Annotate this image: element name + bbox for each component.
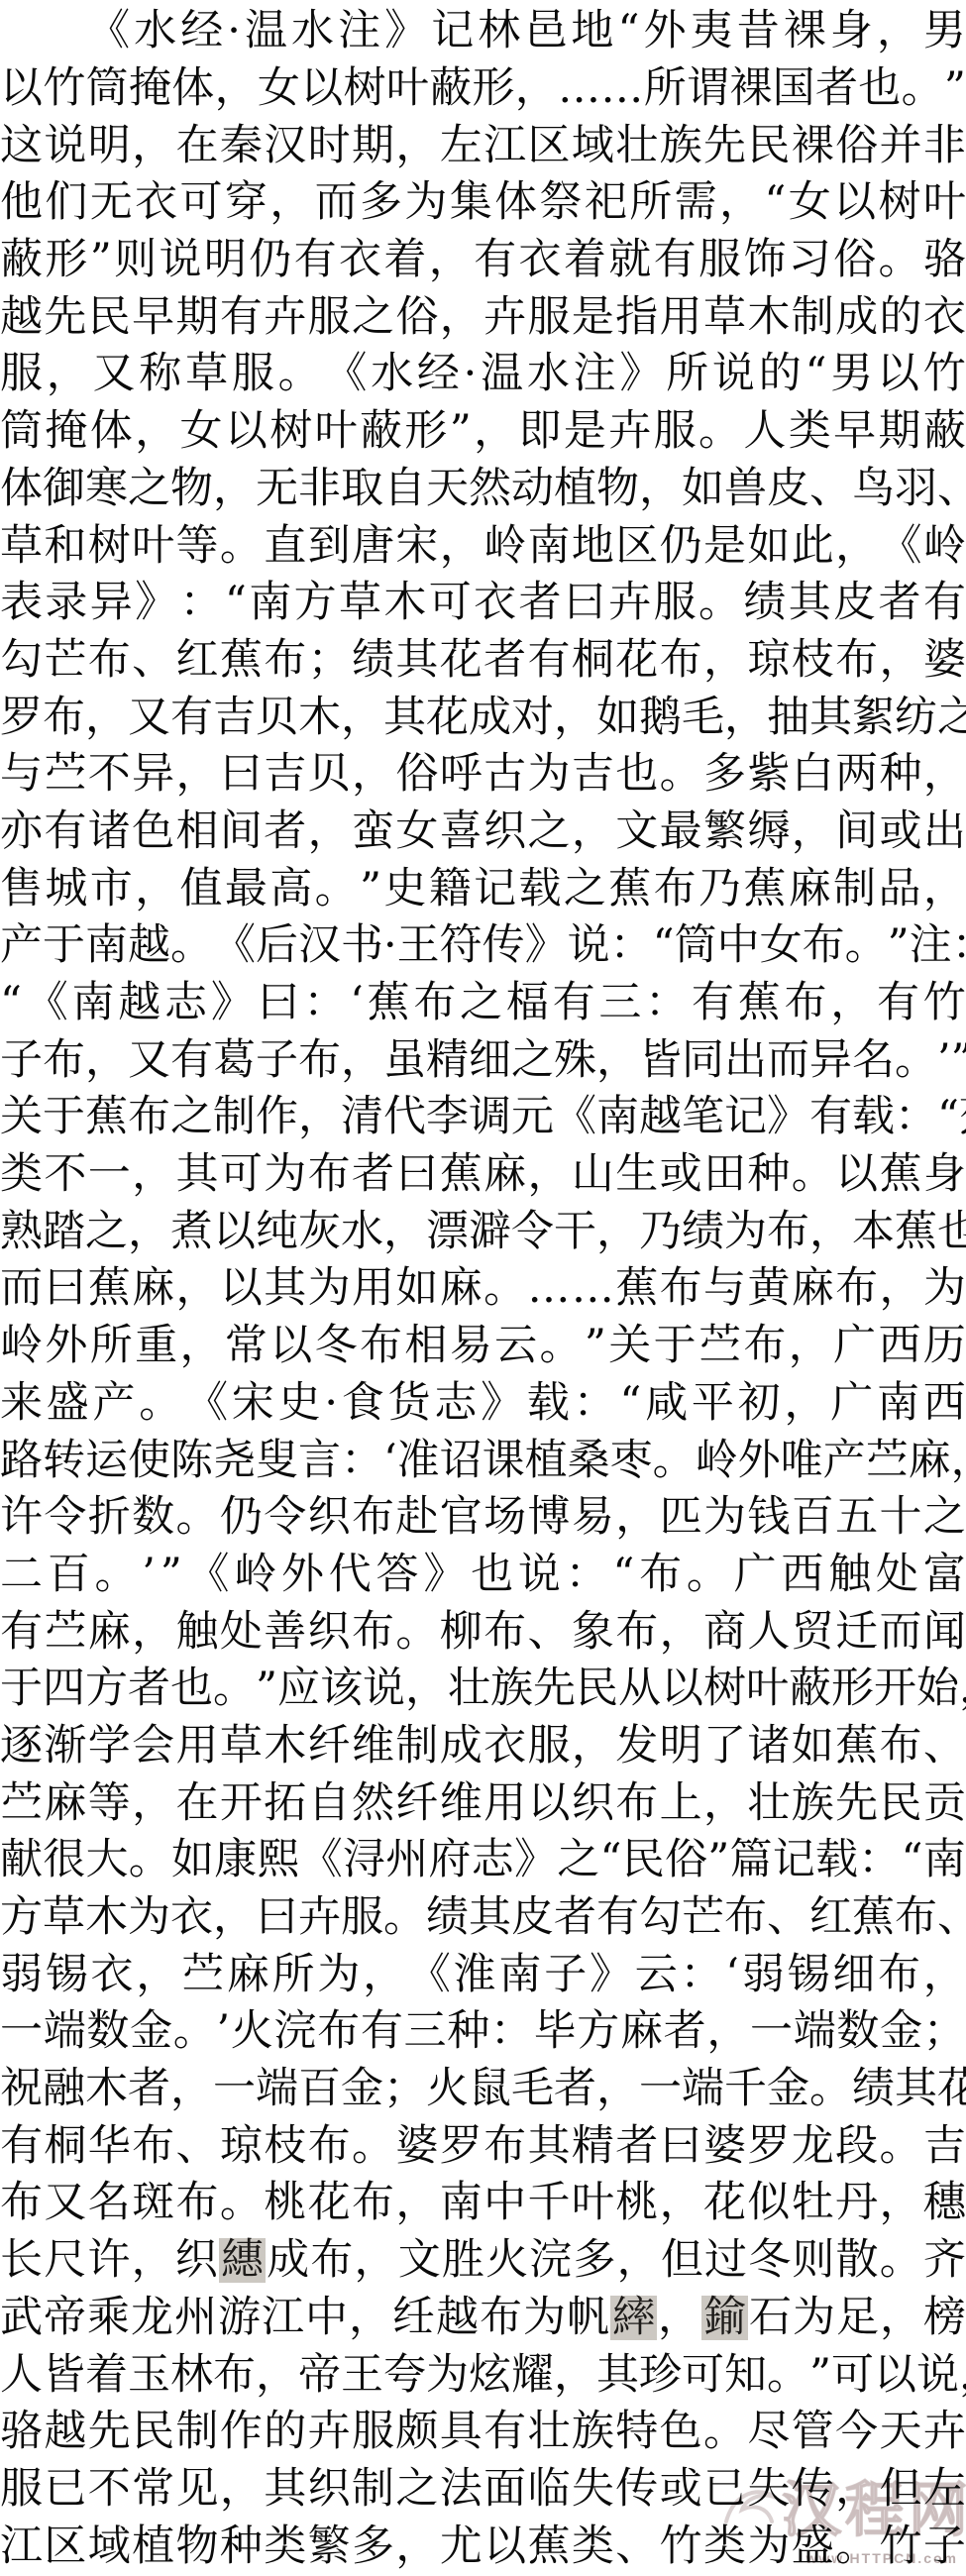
- text-line: 骆越先民制作的卉服颇具有壮族特色。尽管今天卉: [0, 2404, 966, 2461]
- rare-char-image: 繂: [610, 2296, 657, 2340]
- text-line: 武帝乘龙州游江中，纴越布为帆繂，鍮石为足，榜: [0, 2290, 966, 2347]
- text-line: 越先民早期有卉服之俗，卉服是指用草木制成的衣: [0, 288, 966, 346]
- text-line: 体御寒之物，无非取自天然动植物，如兽皮、鸟羽、: [0, 461, 966, 518]
- text-line: 长尺许，织繐成布，文胜火浣多，但过冬则散。齐: [0, 2232, 966, 2290]
- text-line: 与苎不异，曰吉贝，俗呼古为吉也。多紫白两种，: [0, 746, 966, 804]
- text-line: 二百。’”《岭外代答》也说：“布。广西触处富: [0, 1547, 966, 1604]
- text-line: 勾芒布、红蕉布；绩其花者有桐花布，琼枝布，婆: [0, 632, 966, 690]
- text-line: 方草木为衣，曰卉服。绩其皮者有勾芒布、红蕉布、: [0, 1889, 966, 1947]
- text-line: 他们无衣可穿，而多为集体祭祀所需，“女以树叶: [0, 174, 966, 232]
- text-line: 亦有诸色相间者，蛮女喜织之，文最繁缛，间或出: [0, 804, 966, 861]
- text-line: 筒掩体，女以树叶蔽形”，即是卉服。人类早期蔽: [0, 403, 966, 461]
- text-line: 罗布，又有吉贝木，其花成对，如鹅毛，抽其絮纺之，: [0, 689, 966, 746]
- text-line: 而曰蕉麻，以其为用如麻。……蕉布与黄麻布，为: [0, 1260, 966, 1318]
- article-text: 《水经·温水注》记林邑地“外夷昔裸身，男以竹筒掩体，女以树叶蔽形，……所谓裸国者…: [0, 0, 966, 2575]
- text-line: 以竹筒掩体，女以树叶蔽形，……所谓裸国者也。”: [0, 60, 966, 118]
- text-line: 于四方者也。”应该说，壮族先民从以树叶蔽形开始，: [0, 1661, 966, 1718]
- text-line: 服，又称草服。《水经·温水注》所说的“男以竹: [0, 346, 966, 403]
- text-line: 路转运使陈尧叟言：‘准诏课植桑枣。岭外唯产苎麻，: [0, 1432, 966, 1489]
- text-line: 布又名斑布。桃花布，南中千叶桃，花似牡丹，穗: [0, 2175, 966, 2232]
- document-page: 汉程网 www.HTTPCN.com 《水经·温水注》记林邑地“外夷昔裸身，男以…: [0, 0, 966, 2576]
- text-line: 产于南越。《后汉书·王符传》说：“筒中女布。”注：: [0, 917, 966, 975]
- text-line: 江区域植物种类繁多，尤以蕉类、竹类为盛。竹子: [0, 2518, 966, 2575]
- text-line: 服已不常见，其织制之法面临失传或已失传，但左: [0, 2461, 966, 2519]
- text-line: “《南越志》曰：‘蕉布之楅有三：有蕉布，有竹: [0, 975, 966, 1032]
- text-line: 这说明，在秦汉时期，左江区域壮族先民裸俗并非: [0, 117, 966, 174]
- text-line: 祝融木者，一端百金；火鼠毛者，一端千金。绩其花，: [0, 2061, 966, 2118]
- text-line: 子布，又有葛子布，虽精细之殊，皆同出而异名。’”: [0, 1031, 966, 1089]
- text-line: 表录异》：“南方草木可衣者曰卉服。绩其皮者有: [0, 575, 966, 632]
- text-line: 熟踏之，煮以纯灰水，漂澼令干，乃绩为布，本蕉也。: [0, 1203, 966, 1260]
- text-line: 类不一，其可为布者曰蕉麻，山生或田种。以蕉身: [0, 1146, 966, 1204]
- text-line: 来盛产。《宋史·食货志》载：“咸平初，广南西: [0, 1375, 966, 1433]
- text-line: 一端数金。’火浣布有三种：毕方麻者，一端数金；: [0, 2003, 966, 2061]
- text-line: 苎麻等，在开拓自然纤维用以织布上，壮族先民贡: [0, 1774, 966, 1832]
- text-line: 有苎麻，触处善织布。柳布、象布，商人贸迁而闻: [0, 1603, 966, 1661]
- rare-char-image: 鍮: [701, 2296, 748, 2340]
- text-line: 逐渐学会用草木纤维制成衣服，发明了诸如蕉布、: [0, 1718, 966, 1775]
- text-line: 人皆着玉林布，帝王夸为炫耀，其珍可知。”可以说，: [0, 2346, 966, 2404]
- text-line: 《水经·温水注》记林邑地“外夷昔裸身，男: [0, 3, 966, 60]
- text-line: 岭外所重，常以冬布相易云。”关于苎布，广西历: [0, 1318, 966, 1375]
- text-line: 蔽形”则说明仍有衣着，有衣着就有服饰习俗。骆: [0, 232, 966, 289]
- rare-char-image: 繐: [219, 2238, 266, 2283]
- text-line: 有桐华布、琼枝布。婆罗布其精者曰婆罗龙段。吉: [0, 2117, 966, 2175]
- text-line: 许令折数。仍令织布赴官场博易，匹为钱百五十之: [0, 1489, 966, 1547]
- text-line: 献很大。如康熙《浔州府志》之“民俗”篇记载：“南: [0, 1832, 966, 1889]
- text-line: 售城市，值最高。”史籍记载之蕉布乃蕉麻制品，: [0, 860, 966, 917]
- text-line: 弱锡衣，苎麻所为，《淮南子》云：‘弱锡细布，: [0, 1946, 966, 2003]
- text-line: 草和树叶等。直到唐宋，岭南地区仍是如此，《岭: [0, 517, 966, 575]
- text-line: 关于蕉布之制作，清代李调元《南越笔记》有载：“蕉: [0, 1089, 966, 1146]
